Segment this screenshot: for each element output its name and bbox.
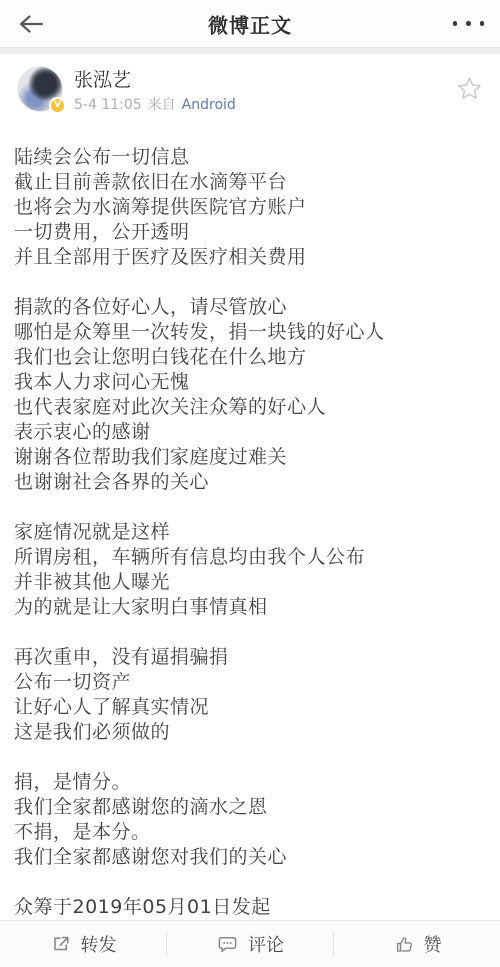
post-meta: 5-4 11:05 来自 Android <box>74 97 236 113</box>
like-button[interactable]: 赞 <box>334 921 500 967</box>
post-text-line: 表示衷心的感谢 <box>14 420 484 445</box>
weibo-post-page: { "navbar": { "title": "微博正文" }, "post":… <box>0 0 500 967</box>
post-text-line: 并非被其他人曝光 <box>14 570 484 595</box>
back-button[interactable] <box>16 8 48 40</box>
post-text-line: 众筹于2019年05月01日发起 <box>14 895 484 920</box>
post-text-line: 家庭情况就是这样 <box>14 520 484 545</box>
post-text-line: 捐，是情分。 <box>14 770 484 795</box>
post-text-line: 再次重申，没有逼捐骗捐 <box>14 645 484 670</box>
post-text-line: 也谢谢社会各界的关心 <box>14 470 484 495</box>
post-paragraph: 捐，是情分。我们全家都感谢您的滴水之恩不捐，是本分。我们全家都感谢您对我们的关心 <box>14 770 484 870</box>
post-text-line: 我本人力求问心无愧 <box>14 370 484 395</box>
ellipsis-icon <box>466 21 471 26</box>
post-timestamp: 5-4 11:05 <box>74 97 142 113</box>
verified-badge-icon: V <box>49 97 66 114</box>
post-text-line: 我们全家都感谢您的滴水之恩 <box>14 795 484 820</box>
post-text-line: 让好心人了解真实情况 <box>14 695 484 720</box>
post-text-line: 我们也会让您明白钱花在什么地方 <box>14 345 484 370</box>
post-paragraph: 家庭情况就是这样所谓房租，车辆所有信息均由我个人公布并非被其他人曝光为的就是让大… <box>14 520 484 620</box>
author-name[interactable]: 张泓艺 <box>74 69 236 91</box>
post-text-line: 公布一切资产 <box>14 670 484 695</box>
page-title: 微博正文 <box>208 9 292 38</box>
post-text-line: 哪怕是众筹里一次转发，捐一块钱的好心人 <box>14 320 484 345</box>
post-text-line: 陆续会公布一切信息 <box>14 145 484 170</box>
comment-button[interactable]: 评论 <box>167 921 333 967</box>
like-label: 赞 <box>424 931 442 957</box>
user-avatar[interactable]: V <box>17 66 63 112</box>
user-info: 张泓艺 5-4 11:05 来自 Android <box>74 66 236 113</box>
post-paragraph: 众筹于2019年05月01日发起 <box>14 895 484 920</box>
repost-label: 转发 <box>81 931 117 957</box>
post-text-line: 也代表家庭对此次关注众筹的好心人 <box>14 395 484 420</box>
post-text-line: 也将会为水滴筹提供医院官方账户 <box>14 195 484 220</box>
post-paragraph: 陆续会公布一切信息截止目前善款依旧在水滴筹平台也将会为水滴筹提供医院官方账户一切… <box>14 145 484 270</box>
repost-icon <box>50 933 72 955</box>
post-body: 陆续会公布一切信息截止目前善款依旧在水滴筹平台也将会为水滴筹提供医院官方账户一切… <box>0 124 500 920</box>
source-prefix: 来自 <box>148 97 176 113</box>
post-text-line: 谢谢各位帮助我们家庭度过难关 <box>14 445 484 470</box>
post-text-line: 为的就是让大家明白事情真相 <box>14 595 484 620</box>
post-header: V 张泓艺 5-4 11:05 来自 Android <box>0 54 500 124</box>
post-text-line: 我们全家都感谢您对我们的关心 <box>14 845 484 870</box>
star-outline-icon <box>455 74 484 103</box>
post-text-line: 截止目前善款依旧在水滴筹平台 <box>14 170 484 195</box>
source-link[interactable]: Android <box>182 97 236 113</box>
post-text-line: 这是我们必须做的 <box>14 720 484 745</box>
back-arrow-icon <box>16 11 46 37</box>
comment-bubble-icon <box>216 933 239 955</box>
ellipsis-icon <box>453 21 458 26</box>
post-text-line: 捐款的各位好心人，请尽管放心 <box>14 295 484 320</box>
post-paragraph: 捐款的各位好心人，请尽管放心哪怕是众筹里一次转发，捐一块钱的好心人我们也会让您明… <box>14 295 484 495</box>
bottom-toolbar: 转发 评论 赞 <box>0 920 500 967</box>
post-text-line: 并且全部用于医疗及医疗相关费用 <box>14 245 484 270</box>
thumbs-up-icon <box>393 933 415 955</box>
more-options-button[interactable] <box>453 8 485 40</box>
post-text-line: 一切费用，公开透明 <box>14 220 484 245</box>
repost-button[interactable]: 转发 <box>0 921 166 967</box>
ellipsis-icon <box>480 21 485 26</box>
favorite-button[interactable] <box>455 66 484 103</box>
post-paragraph: 再次重申，没有逼捐骗捐公布一切资产让好心人了解真实情况这是我们必须做的 <box>14 645 484 745</box>
section-separator <box>0 47 500 54</box>
post-text-line: 所谓房租，车辆所有信息均由我个人公布 <box>14 545 484 570</box>
post-text-line: 不捐，是本分。 <box>14 820 484 845</box>
navbar: 微博正文 <box>0 0 500 47</box>
comment-label: 评论 <box>248 931 284 957</box>
